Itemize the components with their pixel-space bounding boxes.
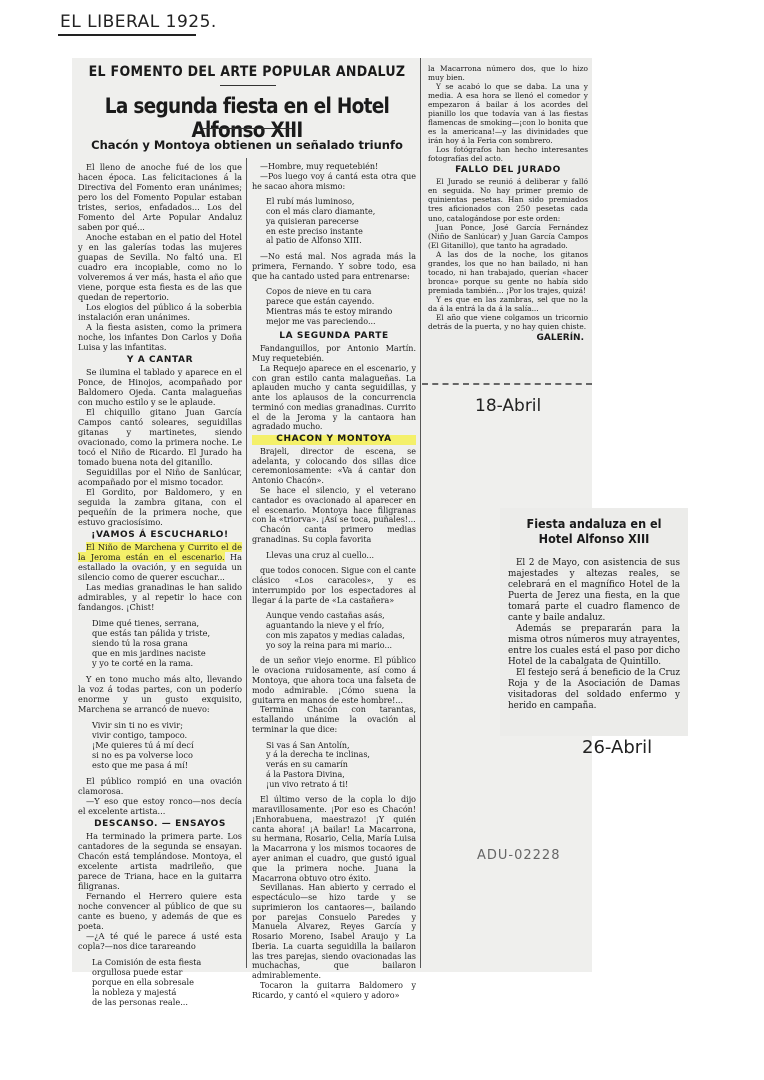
verse-stanza: Dime qué tienes, serrana, que estás tan …	[92, 618, 242, 668]
paragraph: Juan Ponce, José García Fernández (Niño …	[428, 223, 588, 250]
paragraph: Se hace el silencio, y el veterano canta…	[252, 486, 416, 525]
paragraph: El festejo será á beneficio de la Cruz R…	[508, 668, 680, 712]
second-article-headline: Fiesta andaluza en el Hotel Alfonso XIII	[509, 516, 678, 546]
paragraph: Ha terminado la primera parte. Los canta…	[78, 831, 242, 891]
author-signature: GALERÍN.	[428, 334, 588, 343]
paragraph: La Requejo aparece en el escenario, y co…	[252, 364, 416, 432]
column-divider	[246, 158, 247, 968]
column-divider	[420, 58, 421, 968]
paragraph: El Jurado se reunió á deliberar y falló …	[428, 177, 588, 222]
date-annotation-first: 18-Abril	[475, 396, 541, 416]
paragraph: —¿A té qué le parece á usté esta copla?—…	[78, 931, 242, 951]
section-heading: LA SEGUNDA PARTE	[252, 332, 416, 342]
paragraph: A las dos de la noche, los gitanos grand…	[428, 250, 588, 295]
article-column-1: El lleno de anoche fué de los que hacen …	[78, 162, 242, 1013]
paragraph: —Hombre, muy requetebién!	[252, 162, 416, 172]
paragraph: Anoche estaban en el patio del Hotel y e…	[78, 232, 242, 302]
paragraph: El lleno de anoche fué de los que hacen …	[78, 162, 242, 232]
paragraph: Tocaron la guitarra Baldomero y Ricardo,…	[252, 981, 416, 1001]
paragraph: Los fotógrafos han hecho interesantes fo…	[428, 145, 588, 163]
paragraph: Brajeli, director de escena, se adelanta…	[252, 447, 416, 486]
second-article-body: El 2 de Mayo, con asistencia de sus maje…	[508, 558, 680, 712]
paragraph: Y en tono mucho más alto, llevando la vo…	[78, 674, 242, 714]
paragraph: Sevillanas. Han abierto y cerrado el esp…	[252, 883, 416, 981]
paragraph: la Macarrona número dos, que lo hizo muy…	[428, 64, 588, 82]
paragraph: El 2 de Mayo, con asistencia de sus maje…	[508, 558, 680, 624]
paragraph: —No está mal. Nos agrada más la primera,…	[252, 252, 416, 281]
paragraph: Y se acabó lo que se daba. La una y medi…	[428, 82, 588, 145]
verse-stanza: El rubí más luminoso, con el más claro d…	[266, 197, 416, 246]
clipping-second-article: Fiesta andaluza en el Hotel Alfonso XIII…	[500, 508, 688, 736]
ornament-rule	[220, 85, 276, 86]
section-heading: DESCANSO. — ENSAYOS	[78, 819, 242, 829]
paragraph: A la fiesta asisten, como la primera noc…	[78, 322, 242, 352]
verse-stanza: Llevas una cruz al cuello...	[266, 551, 416, 561]
article-headline: La segunda fiesta en el Hotel Alfonso XI…	[93, 94, 401, 142]
masthead-underline	[58, 34, 196, 36]
section-heading: FALLO DEL JURADO	[428, 166, 588, 175]
archive-code: ADU-02228	[477, 848, 560, 863]
paragraph: Fernando el Herrero quiere esta noche co…	[78, 891, 242, 931]
paragraph: Y es que en las zambras, sel que no la d…	[428, 295, 588, 313]
verse-stanza: Vivir sin ti no es vivir; vivir contigo,…	[92, 720, 242, 770]
paragraph: Los elogios del público á la soberbia in…	[78, 302, 242, 322]
highlighted-text: El Niño de Marchena y Currito el de la J…	[78, 542, 242, 562]
paragraph: Chacón canta primero medias granadinas. …	[252, 525, 416, 545]
paragraph: Además se prepararán para la misma otros…	[508, 624, 680, 668]
verse-stanza: La Comisión de esta fiesta orgullosa pue…	[92, 957, 242, 1007]
paragraph: Seguidillas por el Niño de Sanlúcar, aco…	[78, 467, 242, 487]
verse-stanza: Copos de nieve en tu cara parece que est…	[266, 287, 416, 326]
paragraph: Se ilumina el tablado y aparece en el Po…	[78, 367, 242, 407]
paragraph: Termina Chacón con tarantas, estallando …	[252, 705, 416, 734]
paragraph: —Pos luego voy á cantá esta otra que he …	[252, 172, 416, 192]
paragraph: que todos conocen. Sigue con el cante cl…	[252, 566, 416, 605]
section-heading: Y A CANTAR	[78, 355, 242, 365]
section-heading: ¡VAMOS Á ESCUCHARLO!	[78, 530, 242, 540]
article-column-3: la Macarrona número dos, que lo hizo muy…	[428, 64, 588, 343]
masthead-handwritten: EL LIBERAL 1925.	[60, 12, 217, 32]
paragraph: El último verso de la copla lo dijo mara…	[252, 795, 416, 883]
article-subhead: Chacón y Montoya obtienen un señalado tr…	[72, 138, 422, 152]
paragraph: El chiquillo gitano Juan García Campos c…	[78, 407, 242, 467]
paragraph: de un señor viejo enorme. El público le …	[252, 656, 416, 705]
verse-stanza: Si vas á San Antolín, y á la derecha te …	[266, 741, 416, 790]
article-kicker: EL FOMENTO DEL ARTE POPULAR ANDALUZ	[72, 64, 422, 80]
ornament-rule	[202, 128, 292, 129]
article-column-2: —Hombre, muy requetebién!—Pos luego voy …	[252, 162, 416, 1000]
paragraph: Las medias granadinas le han salido admi…	[78, 582, 242, 612]
paragraph: —Y eso que estoy ronco—nos decía el exce…	[78, 796, 242, 816]
paragraph-highlighted: El Niño de Marchena y Currito el de la J…	[78, 542, 242, 582]
section-heading-highlighted: CHACON Y MONTOYA	[252, 435, 416, 445]
paragraph: El año que viene colgamos un tricornio d…	[428, 313, 588, 331]
date-annotation-second: 26-Abril	[582, 737, 652, 758]
paragraph: El Gordito, por Baldomero, y en seguida …	[78, 487, 242, 527]
verse-stanza: Aunque vendo castañas asás, aguantando l…	[266, 611, 416, 650]
paragraph: El público rompió en una ovación clamoro…	[78, 776, 242, 796]
paragraph: Fandanguillos, por Antonio Martín. Muy r…	[252, 344, 416, 364]
